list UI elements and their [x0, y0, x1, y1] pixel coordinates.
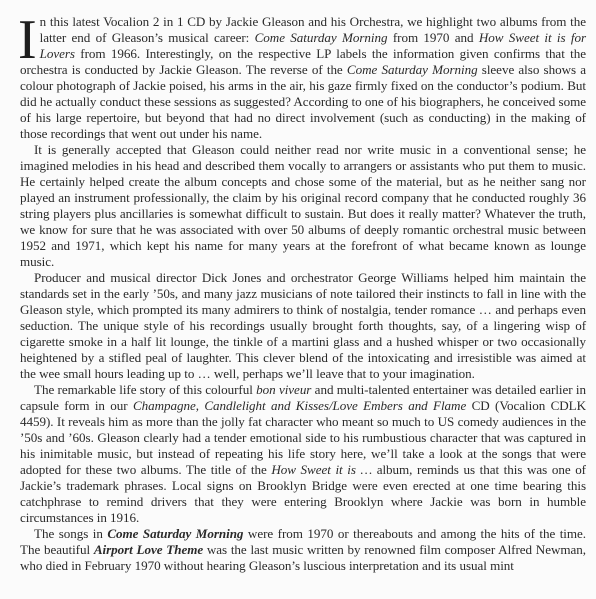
- italic-phrase: bon viveur: [256, 382, 311, 397]
- album-title: Come Saturday Morning: [255, 30, 388, 45]
- drop-cap: I: [18, 18, 37, 62]
- album-title: Come Saturday Morning: [347, 62, 478, 77]
- song-title: Airport Love Theme: [94, 542, 203, 557]
- paragraph-3: Producer and musical director Dick Jones…: [20, 270, 586, 382]
- paragraph-4: The remarkable life story of this colour…: [20, 382, 586, 526]
- paragraph-2: It is generally accepted that Gleason co…: [20, 142, 586, 270]
- album-title: Champagne, Candlelight and Kisses/Love E…: [133, 398, 466, 413]
- album-title: Come Saturday Morning: [107, 526, 243, 541]
- liner-notes-page: In this latest Vocalion 2 in 1 CD by Jac…: [20, 14, 586, 574]
- paragraph-5: The songs in Come Saturday Morning were …: [20, 526, 586, 574]
- album-title: How Sweet it is …: [271, 462, 372, 477]
- paragraph-1: In this latest Vocalion 2 in 1 CD by Jac…: [20, 14, 586, 142]
